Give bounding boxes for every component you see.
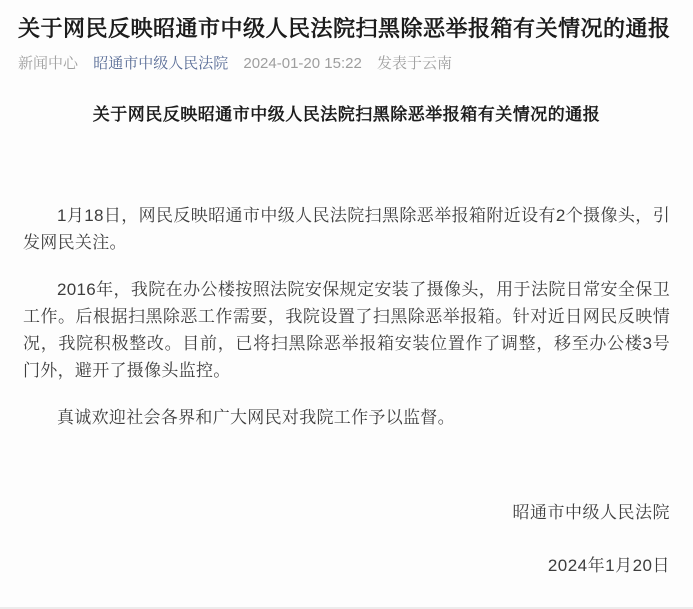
meta-location: 发表于云南 bbox=[377, 55, 452, 72]
article-paragraph-1: 1月18日，网民反映昭通市中级人民法院扫黑除恶举报箱附近设有2个摄像头，引发网民… bbox=[23, 202, 670, 256]
page-title: 关于网民反映昭通市中级人民法院扫黑除恶举报箱有关情况的通报 bbox=[18, 12, 675, 45]
article-date: 2024年1月20日 bbox=[23, 555, 670, 577]
article-signature: 昭通市中级人民法院 bbox=[23, 502, 670, 524]
article-heading: 关于网民反映昭通市中级人民法院扫黑除恶举报箱有关情况的通报 bbox=[23, 104, 670, 126]
article-header: 关于网民反映昭通市中级人民法院扫黑除恶举报箱有关情况的通报 新闻中心 昭通市中级… bbox=[0, 0, 693, 74]
article-page: 关于网民反映昭通市中级人民法院扫黑除恶举报箱有关情况的通报 新闻中心 昭通市中级… bbox=[0, 0, 693, 609]
meta-account-link[interactable]: 昭通市中级人民法院 bbox=[93, 55, 228, 72]
meta-timestamp: 2024-01-20 15:22 bbox=[243, 55, 361, 72]
article-paragraph-2: 2016年，我院在办公楼按照法院安保规定安装了摄像头，用于法院日常安全保卫工作。… bbox=[23, 276, 670, 384]
article-paragraph-3: 真诚欢迎社会各界和广大网民对我院工作予以监督。 bbox=[23, 404, 670, 431]
article-body: 关于网民反映昭通市中级人民法院扫黑除恶举报箱有关情况的通报 1月18日，网民反映… bbox=[0, 74, 693, 577]
meta-channel-label: 新闻中心 bbox=[18, 55, 78, 72]
article-meta: 新闻中心 昭通市中级人民法院 2024-01-20 15:22 发表于云南 bbox=[18, 54, 675, 74]
